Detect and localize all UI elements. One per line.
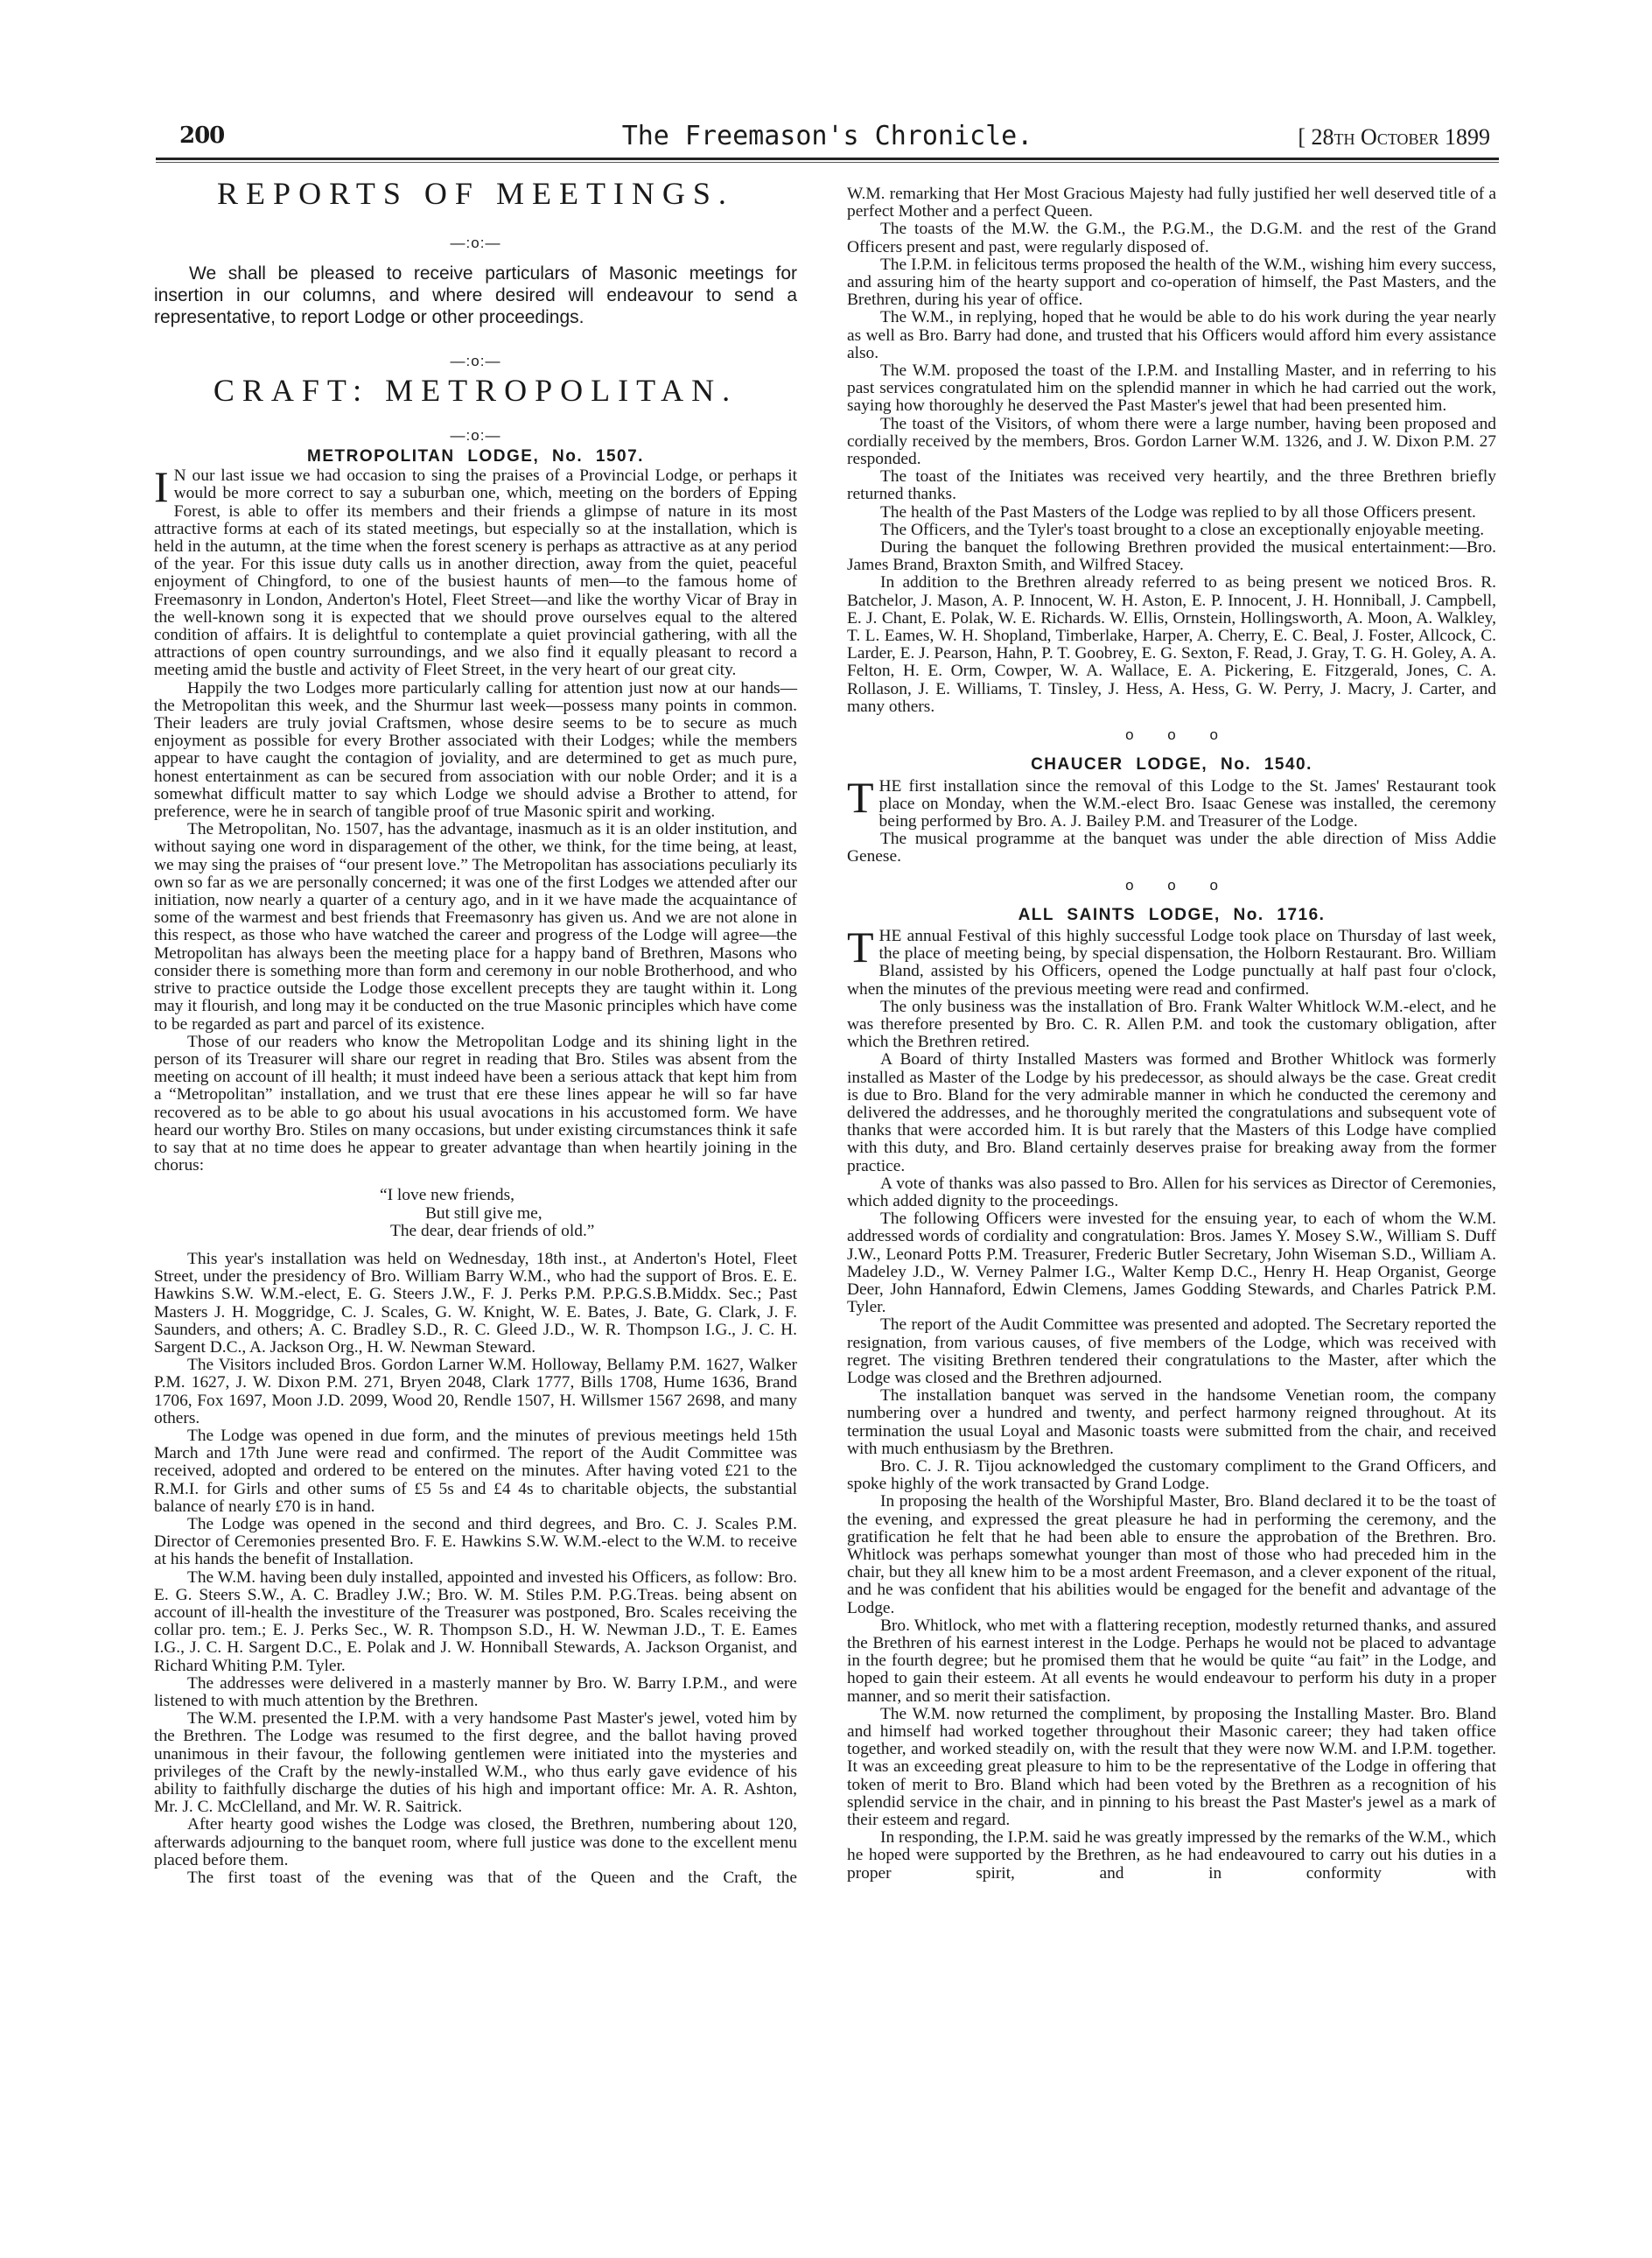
article-paragraph: The first toast of the evening was that … bbox=[154, 1869, 797, 1887]
article-paragraph: The W.M. now returned the compliment, by… bbox=[847, 1706, 1496, 1829]
lodge-heading: ALL SAINTS LODGE, No. 1716. bbox=[847, 907, 1496, 924]
notice-paragraph: We shall be pleased to receive particula… bbox=[154, 263, 797, 328]
article-paragraph: A Board of thirty Installed Masters was … bbox=[847, 1051, 1496, 1175]
article-paragraph: The toast of the Visitors, of whom there… bbox=[847, 416, 1496, 469]
section-separator: o o o bbox=[847, 726, 1496, 744]
article-paragraph: Happily the two Lodges more particularly… bbox=[154, 680, 797, 822]
article-paragraph: The toast of the Initiates was received … bbox=[847, 468, 1496, 503]
lodge-heading: CHAUCER LODGE, No. 1540. bbox=[847, 756, 1496, 774]
article-paragraph: The W.M. having been duly installed, app… bbox=[154, 1569, 797, 1675]
masthead: 200 The Freemason's Chronicle. [ 28th Oc… bbox=[156, 121, 1499, 156]
masthead-rule-thin bbox=[156, 162, 1499, 163]
article-paragraph: Bro. C. J. R. Tijou acknowledged the cus… bbox=[847, 1458, 1496, 1493]
article-paragraph: The Visitors included Bros. Gordon Larne… bbox=[154, 1357, 797, 1427]
article-paragraph: THE annual Festival of this highly succe… bbox=[847, 928, 1496, 999]
article-paragraph: During the banquet the following Brethre… bbox=[847, 539, 1496, 574]
article-paragraph: The addresses were delivered in a master… bbox=[154, 1675, 797, 1710]
lodge-heading: METROPOLITAN LODGE, No. 1507. bbox=[154, 448, 797, 466]
masthead-rule bbox=[156, 158, 1499, 160]
article-paragraph: In responding, the I.P.M. said he was gr… bbox=[847, 1829, 1496, 1883]
left-column: METROPOLITAN LODGE, No. 1507. IN our las… bbox=[154, 448, 797, 1887]
article-paragraph: Those of our readers who know the Metrop… bbox=[154, 1034, 797, 1175]
drop-cap: T bbox=[847, 781, 874, 814]
article-paragraph: The Lodge was opened in the second and t… bbox=[154, 1516, 797, 1569]
article-paragraph: The Metropolitan, No. 1507, has the adva… bbox=[154, 821, 797, 1033]
drop-cap: T bbox=[847, 930, 874, 964]
article-paragraph: The W.M. proposed the toast of the I.P.M… bbox=[847, 362, 1496, 416]
article-paragraph: The W.M., in replying, hoped that he wou… bbox=[847, 309, 1496, 362]
article-paragraph: The I.P.M. in felicitous terms proposed … bbox=[847, 256, 1496, 310]
article-paragraph: The Lodge was opened in due form, and th… bbox=[154, 1427, 797, 1516]
newspaper-page: 200 The Freemason's Chronicle. [ 28th Oc… bbox=[0, 0, 1652, 2258]
ornament-divider: —:o:— bbox=[154, 353, 797, 370]
drop-cap: I bbox=[154, 470, 169, 503]
ornament-divider: —:o:— bbox=[154, 427, 797, 445]
article-paragraph: The musical programme at the banquet was… bbox=[847, 831, 1496, 866]
article-paragraph: A vote of thanks was also passed to Bro.… bbox=[847, 1175, 1496, 1210]
article-paragraph: The health of the Past Masters of the Lo… bbox=[847, 504, 1496, 522]
article-paragraph: IN our last issue we had occasion to sin… bbox=[154, 467, 797, 679]
article-paragraph: The only business was the installation o… bbox=[847, 999, 1496, 1052]
article-paragraph: The W.M. presented the I.P.M. with a ver… bbox=[154, 1710, 797, 1816]
article-paragraph: THE first installation since the removal… bbox=[847, 778, 1496, 831]
ornament-divider: —:o:— bbox=[154, 235, 797, 252]
section-title-reports: REPORTS OF MEETINGS. bbox=[154, 175, 797, 212]
article-paragraph: In proposing the health of the Worshipfu… bbox=[847, 1493, 1496, 1616]
article-paragraph: The installation banquet was served in t… bbox=[847, 1387, 1496, 1458]
issue-date: [ 28th October 1899 bbox=[1298, 124, 1490, 151]
article-paragraph: The Officers, and the Tyler's toast brou… bbox=[847, 522, 1496, 539]
section-separator: o o o bbox=[847, 877, 1496, 894]
article-paragraph: W.M. remarking that Her Most Gracious Ma… bbox=[847, 186, 1496, 221]
article-paragraph: The report of the Audit Committee was pr… bbox=[847, 1316, 1496, 1387]
article-paragraph: The toasts of the M.W. the G.M., the P.G… bbox=[847, 221, 1496, 256]
section-title-craft-metropolitan: CRAFT: METROPOLITAN. bbox=[154, 372, 797, 409]
article-paragraph: This year's installation was held on Wed… bbox=[154, 1251, 797, 1357]
article-paragraph: After hearty good wishes the Lodge was c… bbox=[154, 1816, 797, 1869]
verse-quote: “I love new friends, But still give me, … bbox=[154, 1187, 797, 1240]
right-column: W.M. remarking that Her Most Gracious Ma… bbox=[847, 186, 1496, 1883]
article-paragraph: Bro. Whitlock, who met with a flattering… bbox=[847, 1617, 1496, 1706]
article-paragraph: In addition to the Brethren already refe… bbox=[847, 574, 1496, 716]
article-paragraph: The following Officers were invested for… bbox=[847, 1210, 1496, 1316]
